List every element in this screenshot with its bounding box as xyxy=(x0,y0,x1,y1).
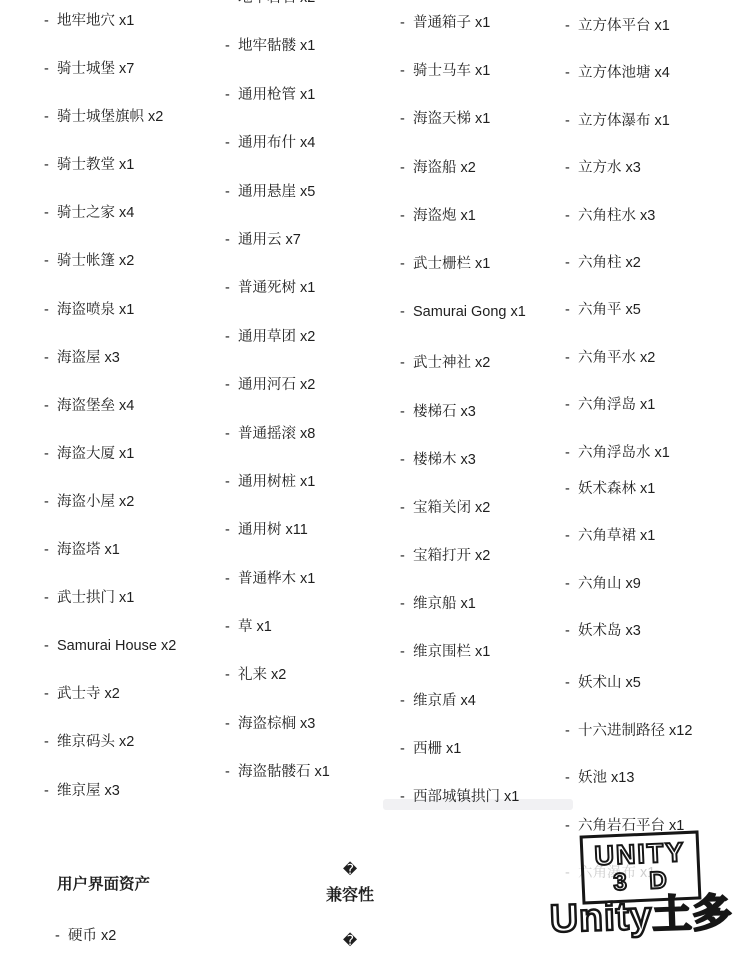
item-label: 海盗天梯 x1 xyxy=(413,111,490,127)
item-label: 六角山 x9 xyxy=(578,576,641,592)
item-label: 妖术森林 x1 xyxy=(578,481,655,497)
list-item: -通用悬崖 x5 xyxy=(225,184,330,232)
list-item: -普通死树 x1 xyxy=(225,280,330,328)
item-label: 海盗棕榈 x3 xyxy=(238,716,315,732)
bullet-dash: - xyxy=(565,350,578,366)
list-item: -通用草团 x2 xyxy=(225,329,330,377)
bullet-dash: - xyxy=(225,619,238,635)
bullet-dash: - xyxy=(400,63,413,79)
item-label: 维京围栏 x1 xyxy=(413,644,490,660)
asset-column-2: -地牢岩石 x2-地牢骷髅 x1-通用枪管 x1-通用布什 x4-通用悬崖 x5… xyxy=(225,0,330,813)
item-label: 普通箱子 x1 xyxy=(413,15,490,31)
item-label: 维京船 x1 xyxy=(413,596,476,612)
bullet-dash: - xyxy=(225,764,238,780)
list-item: -海盗天梯 x1 xyxy=(400,111,526,159)
item-label: 礼来 x2 xyxy=(238,667,286,683)
item-label: 宝箱打开 x2 xyxy=(413,548,490,564)
bullet-dash: - xyxy=(565,770,578,786)
list-item: -普通摇滚 x8 xyxy=(225,426,330,474)
bullet-dash: - xyxy=(400,355,413,371)
bullet-dash: - xyxy=(55,928,68,944)
list-item: -六角平水 x2 xyxy=(565,350,692,397)
item-label: 海盗大厦 x1 xyxy=(57,446,134,462)
bullet-dash: - xyxy=(44,734,57,750)
asset-list-page: -地牢地穴 x1-骑士城堡 x7-骑士城堡旗帜 x2-骑士教堂 x1-骑士之家 … xyxy=(0,0,750,960)
item-label: 通用河石 x2 xyxy=(238,377,315,393)
bullet-dash: - xyxy=(565,18,578,34)
item-label: 维京码头 x2 xyxy=(57,734,134,750)
item-label: 普通桦木 x1 xyxy=(238,571,315,587)
item-label: 地牢骷髅 x1 xyxy=(238,38,315,54)
bullet-dash: - xyxy=(225,522,238,538)
list-item: -维京屋 x3 xyxy=(44,783,176,831)
list-item: -六角草裙 x1 xyxy=(565,528,692,575)
item-label: 通用云 x7 xyxy=(238,232,301,248)
list-item: -海盗小屋 x2 xyxy=(44,494,176,542)
watermark-brand-text: Unity土多 xyxy=(549,891,733,944)
list-item: -六角柱 x2 xyxy=(565,255,692,302)
list-item: -骑士之家 x4 xyxy=(44,205,176,253)
bullet-dash: - xyxy=(44,61,57,77)
list-item: -武士拱门 x1 xyxy=(44,590,176,638)
list-item: -海盗塔 x1 xyxy=(44,542,176,590)
item-label: 普通死树 x1 xyxy=(238,280,315,296)
item-label: 骑士城堡旗帜 x2 xyxy=(57,109,163,125)
list-item: -立方体池塘 x4 xyxy=(565,65,692,112)
bullet-dash: - xyxy=(44,205,57,221)
list-item: -立方体平台 x1 xyxy=(565,18,692,65)
bullet-dash: - xyxy=(44,494,57,510)
list-item: -十六进制路径 x12 xyxy=(565,723,692,770)
list-item: -宝箱打开 x2 xyxy=(400,548,526,596)
item-label: 维京盾 x4 xyxy=(413,693,476,709)
item-label: 六角浮岛水 x1 xyxy=(578,445,670,461)
bullet-dash: - xyxy=(225,38,238,54)
list-item: -维京围栏 x1 xyxy=(400,644,526,692)
list-item: -通用树桩 x1 xyxy=(225,474,330,522)
item-label: 草 x1 xyxy=(238,619,272,635)
item-label: 通用草团 x2 xyxy=(238,329,315,345)
bullet-dash: - xyxy=(225,87,238,103)
item-label: 骑士帐篷 x2 xyxy=(57,253,134,269)
item-label: 立方体瀑布 x1 xyxy=(578,113,670,129)
item-label: 西栅 x1 xyxy=(413,741,461,757)
item-label: 六角浮岛 x1 xyxy=(578,397,655,413)
bullet-dash: - xyxy=(565,160,578,176)
list-item: -六角柱水 x3 xyxy=(565,208,692,255)
list-item: -骑士城堡 x7 xyxy=(44,61,176,109)
item-label: 骑士教堂 x1 xyxy=(57,157,134,173)
item-label: 立方体平台 x1 xyxy=(578,18,670,34)
list-item: -通用河石 x2 xyxy=(225,377,330,425)
compatibility-heading: 兼容性 xyxy=(290,882,410,905)
item-label: 海盗小屋 x2 xyxy=(57,494,134,510)
bullet-dash: - xyxy=(400,500,413,516)
item-label: 地牢岩石 x2 xyxy=(238,0,315,6)
bullet-dash: - xyxy=(400,208,413,224)
list-item: -海盗骷髅石 x1 xyxy=(225,764,330,812)
bullet-dash: - xyxy=(565,445,578,461)
list-item: -武士神社 x2 xyxy=(400,355,526,403)
list-item: -草 x1 xyxy=(225,619,330,667)
list-item: -西栅 x1 xyxy=(400,741,526,789)
item-label: 六角柱 x2 xyxy=(578,255,641,271)
bullet-dash: - xyxy=(565,113,578,129)
bullet-dash: - xyxy=(44,542,57,558)
list-item: -骑士马车 x1 xyxy=(400,63,526,111)
asset-column-4: -立方体平台 x1-立方体池塘 x4-立方体瀑布 x1-立方水 x3-六角柱水 … xyxy=(565,18,692,912)
item-label: 维京屋 x3 xyxy=(57,783,120,799)
bullet-dash: - xyxy=(565,675,578,691)
bullet-dash: - xyxy=(565,723,578,739)
bullet-dash: - xyxy=(565,65,578,81)
item-label: 立方体池塘 x4 xyxy=(578,65,670,81)
item-label: 通用树 x11 xyxy=(238,522,308,538)
list-item: -妖术山 x5 xyxy=(565,675,692,722)
bullet-dash: - xyxy=(44,302,57,318)
list-item: -妖术森林 x1 xyxy=(565,481,692,528)
list-item: -普通桦木 x1 xyxy=(225,571,330,619)
list-item: -立方水 x3 xyxy=(565,160,692,207)
list-item: -楼梯木 x3 xyxy=(400,452,526,500)
bullet-dash: - xyxy=(44,253,57,269)
item-label: 妖术山 x5 xyxy=(578,675,641,691)
list-item: -通用树 x11 xyxy=(225,522,330,570)
bullet-dash: - xyxy=(225,426,238,442)
list-item: -通用布什 x4 xyxy=(225,135,330,183)
list-item: -Samurai House x2 xyxy=(44,638,176,686)
bullet-dash: - xyxy=(225,184,238,200)
list-item: -礼来 x2 xyxy=(225,667,330,715)
list-item: -骑士帐篷 x2 xyxy=(44,253,176,301)
item-label: 立方水 x3 xyxy=(578,160,641,176)
list-item: -海盗炮 x1 xyxy=(400,208,526,256)
list-item: -妖术岛 x3 xyxy=(565,623,692,670)
item-label: 通用树桩 x1 xyxy=(238,474,315,490)
bullet-dash: - xyxy=(400,452,413,468)
item-label: 海盗塔 x1 xyxy=(57,542,120,558)
bullet-dash: - xyxy=(44,13,57,29)
bullet-dash: - xyxy=(400,304,413,320)
list-item: -海盗屋 x3 xyxy=(44,350,176,398)
ui-assets-heading: 用户界面资产 xyxy=(57,872,150,894)
bullet-dash: - xyxy=(44,350,57,366)
bullet-dash: - xyxy=(400,404,413,420)
bullet-dash: - xyxy=(44,590,57,606)
list-item: -硬币 x2 xyxy=(55,928,116,948)
item-label: 六角草裙 x1 xyxy=(578,528,655,544)
bullet-dash: - xyxy=(44,157,57,173)
item-label: 武士神社 x2 xyxy=(413,355,490,371)
bullet-dash: - xyxy=(225,329,238,345)
bullet-dash: - xyxy=(400,160,413,176)
item-label: 楼梯石 x3 xyxy=(413,404,476,420)
item-label: 六角柱水 x3 xyxy=(578,208,655,224)
list-item: -六角浮岛 x1 xyxy=(565,397,692,444)
asset-column-3: -普通箱子 x1-骑士马车 x1-海盗天梯 x1-海盗船 x2-海盗炮 x1-武… xyxy=(400,15,526,837)
bullet-dash: - xyxy=(565,623,578,639)
list-item: -宝箱关闭 x2 xyxy=(400,500,526,548)
item-label: 硬币 x2 xyxy=(68,928,116,944)
list-item: -六角山 x9 xyxy=(565,576,692,623)
bullet-dash: - xyxy=(565,397,578,413)
watermark-unity-text: UNITY xyxy=(594,839,686,870)
item-label: Samurai House x2 xyxy=(57,638,176,654)
bullet-dash: - xyxy=(225,0,238,6)
item-label: 地牢地穴 x1 xyxy=(57,13,134,29)
item-label: 武士栅栏 x1 xyxy=(413,256,490,272)
item-label: 海盗屋 x3 xyxy=(57,350,120,366)
list-item: -维京码头 x2 xyxy=(44,734,176,782)
list-item: -西部城镇拱门 x1 xyxy=(400,789,526,837)
list-item: -地牢岩石 x2 xyxy=(225,0,330,38)
item-label: 海盗骷髅石 x1 xyxy=(238,764,330,780)
item-label: 普通摇滚 x8 xyxy=(238,426,315,442)
item-label: 楼梯木 x3 xyxy=(413,452,476,468)
bullet-dash: - xyxy=(225,474,238,490)
item-label: 武士寺 x2 xyxy=(57,686,120,702)
item-label: 通用枪管 x1 xyxy=(238,87,315,103)
watermark-3d-text: 3 D xyxy=(607,869,675,896)
bullet-dash: - xyxy=(400,741,413,757)
bullet-dash: - xyxy=(565,481,578,497)
bullet-dash: - xyxy=(44,783,57,799)
bullet-dash: - xyxy=(400,548,413,564)
item-label: 妖池 x13 xyxy=(578,770,634,786)
bullet-dash: - xyxy=(225,571,238,587)
bullet-dash: - xyxy=(400,644,413,660)
list-item: -楼梯石 x3 xyxy=(400,404,526,452)
list-item: -武士栅栏 x1 xyxy=(400,256,526,304)
bullet-dash: - xyxy=(565,528,578,544)
bullet-dash: - xyxy=(225,667,238,683)
bullet-dash: - xyxy=(565,818,578,834)
list-item: -通用枪管 x1 xyxy=(225,87,330,135)
bullet-dash: - xyxy=(225,377,238,393)
list-item: -骑士城堡旗帜 x2 xyxy=(44,109,176,157)
item-label: 宝箱关闭 x2 xyxy=(413,500,490,516)
list-item: -六角平 x5 xyxy=(565,302,692,349)
list-item: -普通箱子 x1 xyxy=(400,15,526,63)
list-item: -骑士教堂 x1 xyxy=(44,157,176,205)
item-label: 通用布什 x4 xyxy=(238,135,315,151)
list-item: -维京盾 x4 xyxy=(400,693,526,741)
item-label: Samurai Gong x1 xyxy=(413,304,526,320)
list-item: -海盗棕榈 x3 xyxy=(225,716,330,764)
bullet-dash: - xyxy=(400,111,413,127)
item-label: 骑士城堡 x7 xyxy=(57,61,134,77)
list-item: -海盗堡垒 x4 xyxy=(44,398,176,446)
bullet-dash: - xyxy=(44,686,57,702)
list-item: -海盗大厦 x1 xyxy=(44,446,176,494)
bullet-dash: - xyxy=(565,302,578,318)
bullet-dash: - xyxy=(44,109,57,125)
bullet-dash: - xyxy=(400,596,413,612)
bullet-dash: - xyxy=(565,208,578,224)
bullet-dash: - xyxy=(225,135,238,151)
item-label: 海盗炮 x1 xyxy=(413,208,476,224)
broken-character-glyph: � xyxy=(290,861,410,878)
bullet-dash: - xyxy=(44,398,57,414)
bullet-dash: - xyxy=(565,255,578,271)
bullet-dash: - xyxy=(400,15,413,31)
bullet-dash: - xyxy=(225,280,238,296)
list-item: -地牢骷髅 x1 xyxy=(225,38,330,86)
item-label: 六角平 x5 xyxy=(578,302,641,318)
item-label: 骑士马车 x1 xyxy=(413,63,490,79)
list-item: -海盗喷泉 x1 xyxy=(44,302,176,350)
bullet-dash: - xyxy=(225,716,238,732)
bullet-dash: - xyxy=(400,693,413,709)
list-item: -立方体瀑布 x1 xyxy=(565,113,692,160)
list-item: -海盗船 x2 xyxy=(400,160,526,208)
item-label: 西部城镇拱门 x1 xyxy=(413,789,519,805)
list-item: -武士寺 x2 xyxy=(44,686,176,734)
item-label: 骑士之家 x4 xyxy=(57,205,134,221)
item-label: 海盗喷泉 x1 xyxy=(57,302,134,318)
broken-character-glyph: � xyxy=(290,932,410,949)
item-label: 海盗船 x2 xyxy=(413,160,476,176)
ui-assets-list: -硬币 x2 xyxy=(55,928,116,948)
list-item: -通用云 x7 xyxy=(225,232,330,280)
bullet-dash: - xyxy=(400,789,413,805)
bullet-dash: - xyxy=(44,446,57,462)
bullet-dash: - xyxy=(400,256,413,272)
asset-column-1: -地牢地穴 x1-骑士城堡 x7-骑士城堡旗帜 x2-骑士教堂 x1-骑士之家 … xyxy=(44,13,176,831)
item-label: 通用悬崖 x5 xyxy=(238,184,315,200)
list-item: -维京船 x1 xyxy=(400,596,526,644)
item-label: 六角平水 x2 xyxy=(578,350,655,366)
bullet-dash: - xyxy=(44,638,57,654)
item-label: 武士拱门 x1 xyxy=(57,590,134,606)
bullet-dash: - xyxy=(225,232,238,248)
bullet-dash: - xyxy=(565,576,578,592)
item-label: 海盗堡垒 x4 xyxy=(57,398,134,414)
list-item: -妖池 x13 xyxy=(565,770,692,817)
item-label: 妖术岛 x3 xyxy=(578,623,641,639)
list-item: -地牢地穴 x1 xyxy=(44,13,176,61)
list-item: -Samurai Gong x1 xyxy=(400,304,526,352)
item-label: 十六进制路径 x12 xyxy=(578,723,692,739)
